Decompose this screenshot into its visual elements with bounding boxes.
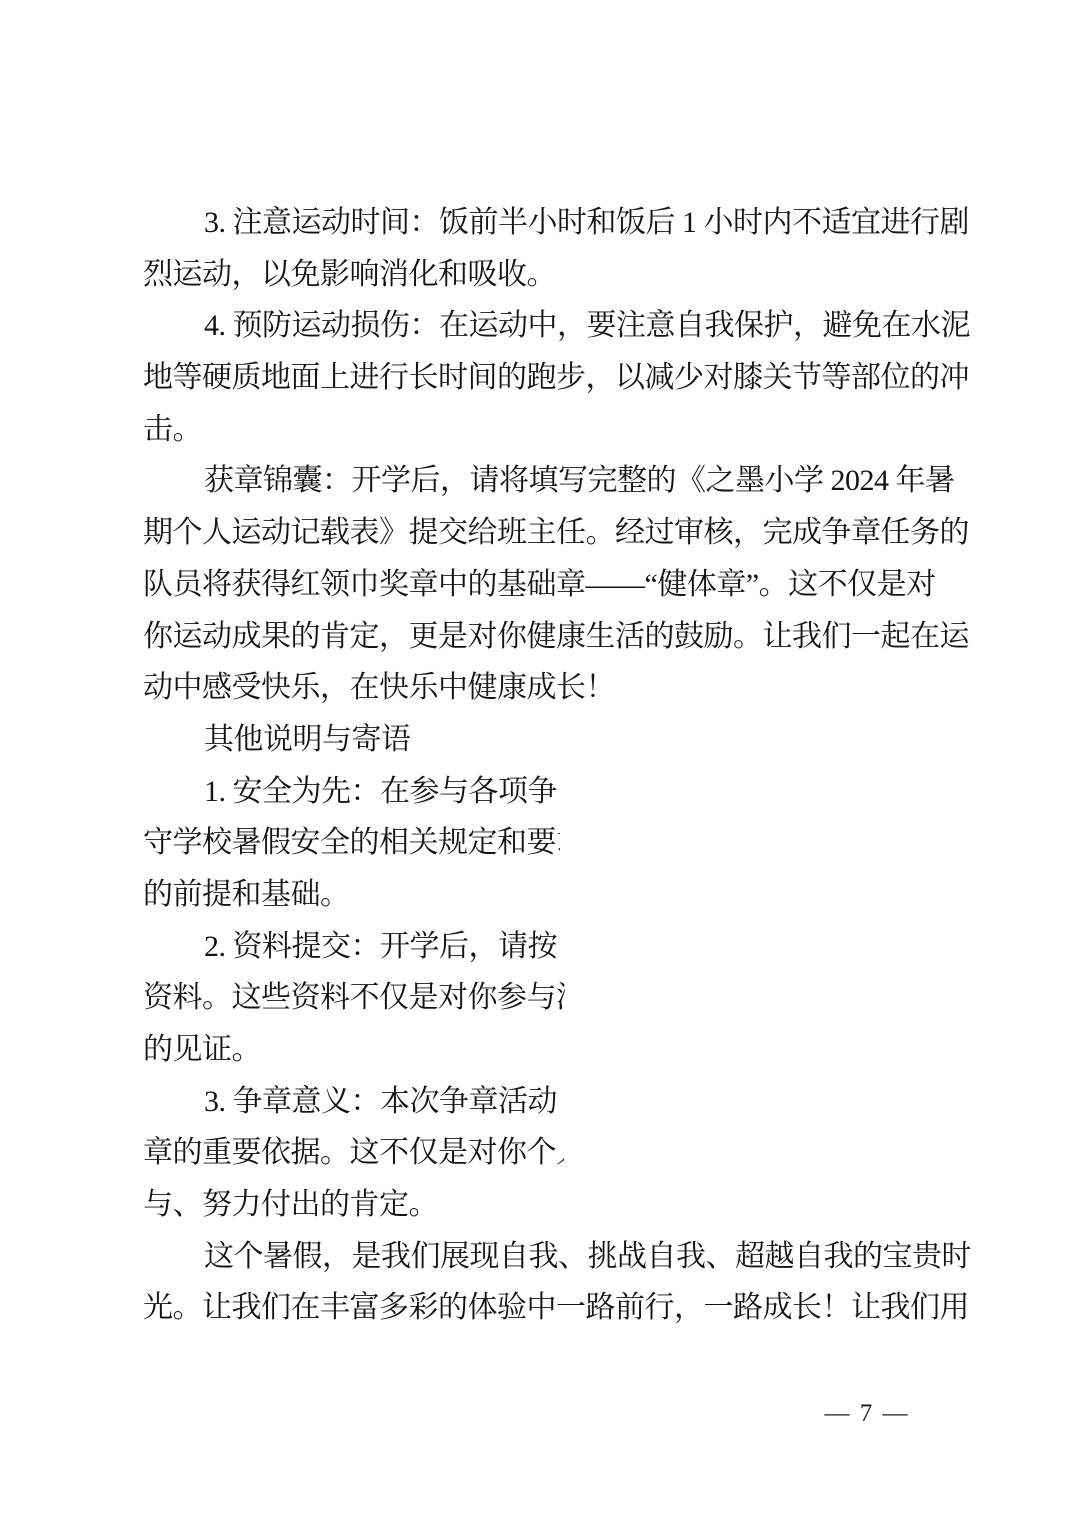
- text-line-content: 的见证。: [143, 1033, 261, 1066]
- text-line-content: 4. 预防运动损伤：在运动中，要注意自我保护，避免在水泥: [204, 309, 970, 342]
- text-line-content: 2. 资料提交：开学后，请按: [204, 930, 557, 963]
- text-line: 这个暑假，是我们展现自我、挑战自我、超越自我的宝贵时: [143, 1231, 955, 1283]
- text-line: 队员将获得红领巾奖章中的基础章——“健体章”。这不仅是对: [143, 559, 955, 611]
- text-line: 的见证。: [143, 1024, 955, 1076]
- text-line: 动中感受快乐，在快乐中健康成长！: [143, 662, 955, 714]
- text-line: 获章锦囊：开学后，请将填写完整的《之墨小学 2024 年暑: [143, 455, 955, 507]
- text-line-content: 1. 安全为先：在参与各项争: [204, 775, 557, 808]
- text-line: 1. 安全为先：在参与各项争章: [143, 766, 955, 818]
- clipped-char: 求: [556, 817, 586, 869]
- text-line: 章的重要依据。这不仅是对你个人: [143, 1127, 955, 1179]
- text-line-content: 资料。这些资料不仅是对你参与: [143, 981, 556, 1014]
- text-line: 地等硬质地面上进行长时间的跑步，以减少对膝关节等部位的冲: [143, 352, 955, 404]
- text-line-content: 3. 争章意义：本次争章活动: [204, 1085, 557, 1118]
- text-line-content: 守学校暑假安全的相关规定和要: [143, 826, 556, 859]
- text-line-content: 的前提和基础。: [143, 878, 350, 911]
- text-line-content: 击。: [143, 413, 202, 446]
- clipped-char: 人: [556, 1127, 586, 1179]
- text-line: 的前提和基础。: [143, 869, 955, 921]
- document-page: 3. 注意运动时间：饭前半小时和饭后 1 小时内不适宜进行剧烈运动，以免影响消化…: [0, 0, 1080, 1527]
- text-line: 4. 预防运动损伤：在运动中，要注意自我保护，避免在水泥: [143, 300, 955, 352]
- text-line: 与、努力付出的肯定。: [143, 1179, 955, 1231]
- text-line-content: 其他说明与寄语: [204, 723, 411, 756]
- text-line-content: 烈运动，以免影响消化和吸收。: [143, 258, 556, 291]
- text-line: 击。: [143, 404, 955, 456]
- text-line-content: 章的重要依据。这不仅是对你个: [143, 1136, 556, 1169]
- text-line: 2. 资料提交：开学后，请按照: [143, 921, 955, 973]
- document-body: 3. 注意运动时间：饭前半小时和饭后 1 小时内不适宜进行剧烈运动，以免影响消化…: [143, 197, 955, 1334]
- text-line: 烈运动，以免影响消化和吸收。: [143, 249, 955, 301]
- text-line: 3. 注意运动时间：饭前半小时和饭后 1 小时内不适宜进行剧: [143, 197, 955, 249]
- text-line-content: 3. 注意运动时间：饭前半小时和饭后 1 小时内不适宜进行剧: [204, 206, 969, 239]
- clipped-char: 活: [556, 972, 586, 1024]
- text-line: 守学校暑假安全的相关规定和要求: [143, 817, 955, 869]
- text-line: 资料。这些资料不仅是对你参与活: [143, 972, 955, 1024]
- text-line-content: 这个暑假，是我们展现自我、挑战自我、超越自我的宝贵时: [204, 1240, 971, 1273]
- text-line: 3. 争章意义：本次争章活动的: [143, 1076, 955, 1128]
- text-line: 光。让我们在丰富多彩的体验中一路前行，一路成长！让我们用: [143, 1282, 955, 1334]
- page-number: — 7 —: [812, 1400, 922, 1428]
- text-line-content: 地等硬质地面上进行长时间的跑步，以减少对膝关节等部位的冲: [143, 361, 969, 394]
- text-line-content: 你运动成果的肯定，更是对你健康生活的鼓励。让我们一起在运: [143, 620, 969, 653]
- text-line: 其他说明与寄语: [143, 714, 955, 766]
- text-line-content: 期个人运动记载表》提交给班主任。经过审核，完成争章任务的: [143, 516, 969, 549]
- text-line-content: 获章锦囊：开学后，请将填写完整的《之墨小学 2024 年暑: [204, 464, 955, 497]
- text-line: 你运动成果的肯定，更是对你健康生活的鼓励。让我们一起在运: [143, 611, 955, 663]
- text-line-content: 光。让我们在丰富多彩的体验中一路前行，一路成长！让我们用: [143, 1291, 969, 1324]
- text-line: 期个人运动记载表》提交给班主任。经过审核，完成争章任务的: [143, 507, 955, 559]
- text-line-content: 队员将获得红领巾奖章中的基础章——“健体章”。这不仅是对: [143, 568, 936, 601]
- text-line-content: 动中感受快乐，在快乐中健康成长！: [143, 671, 615, 704]
- text-line-content: 与、努力付出的肯定。: [143, 1188, 438, 1221]
